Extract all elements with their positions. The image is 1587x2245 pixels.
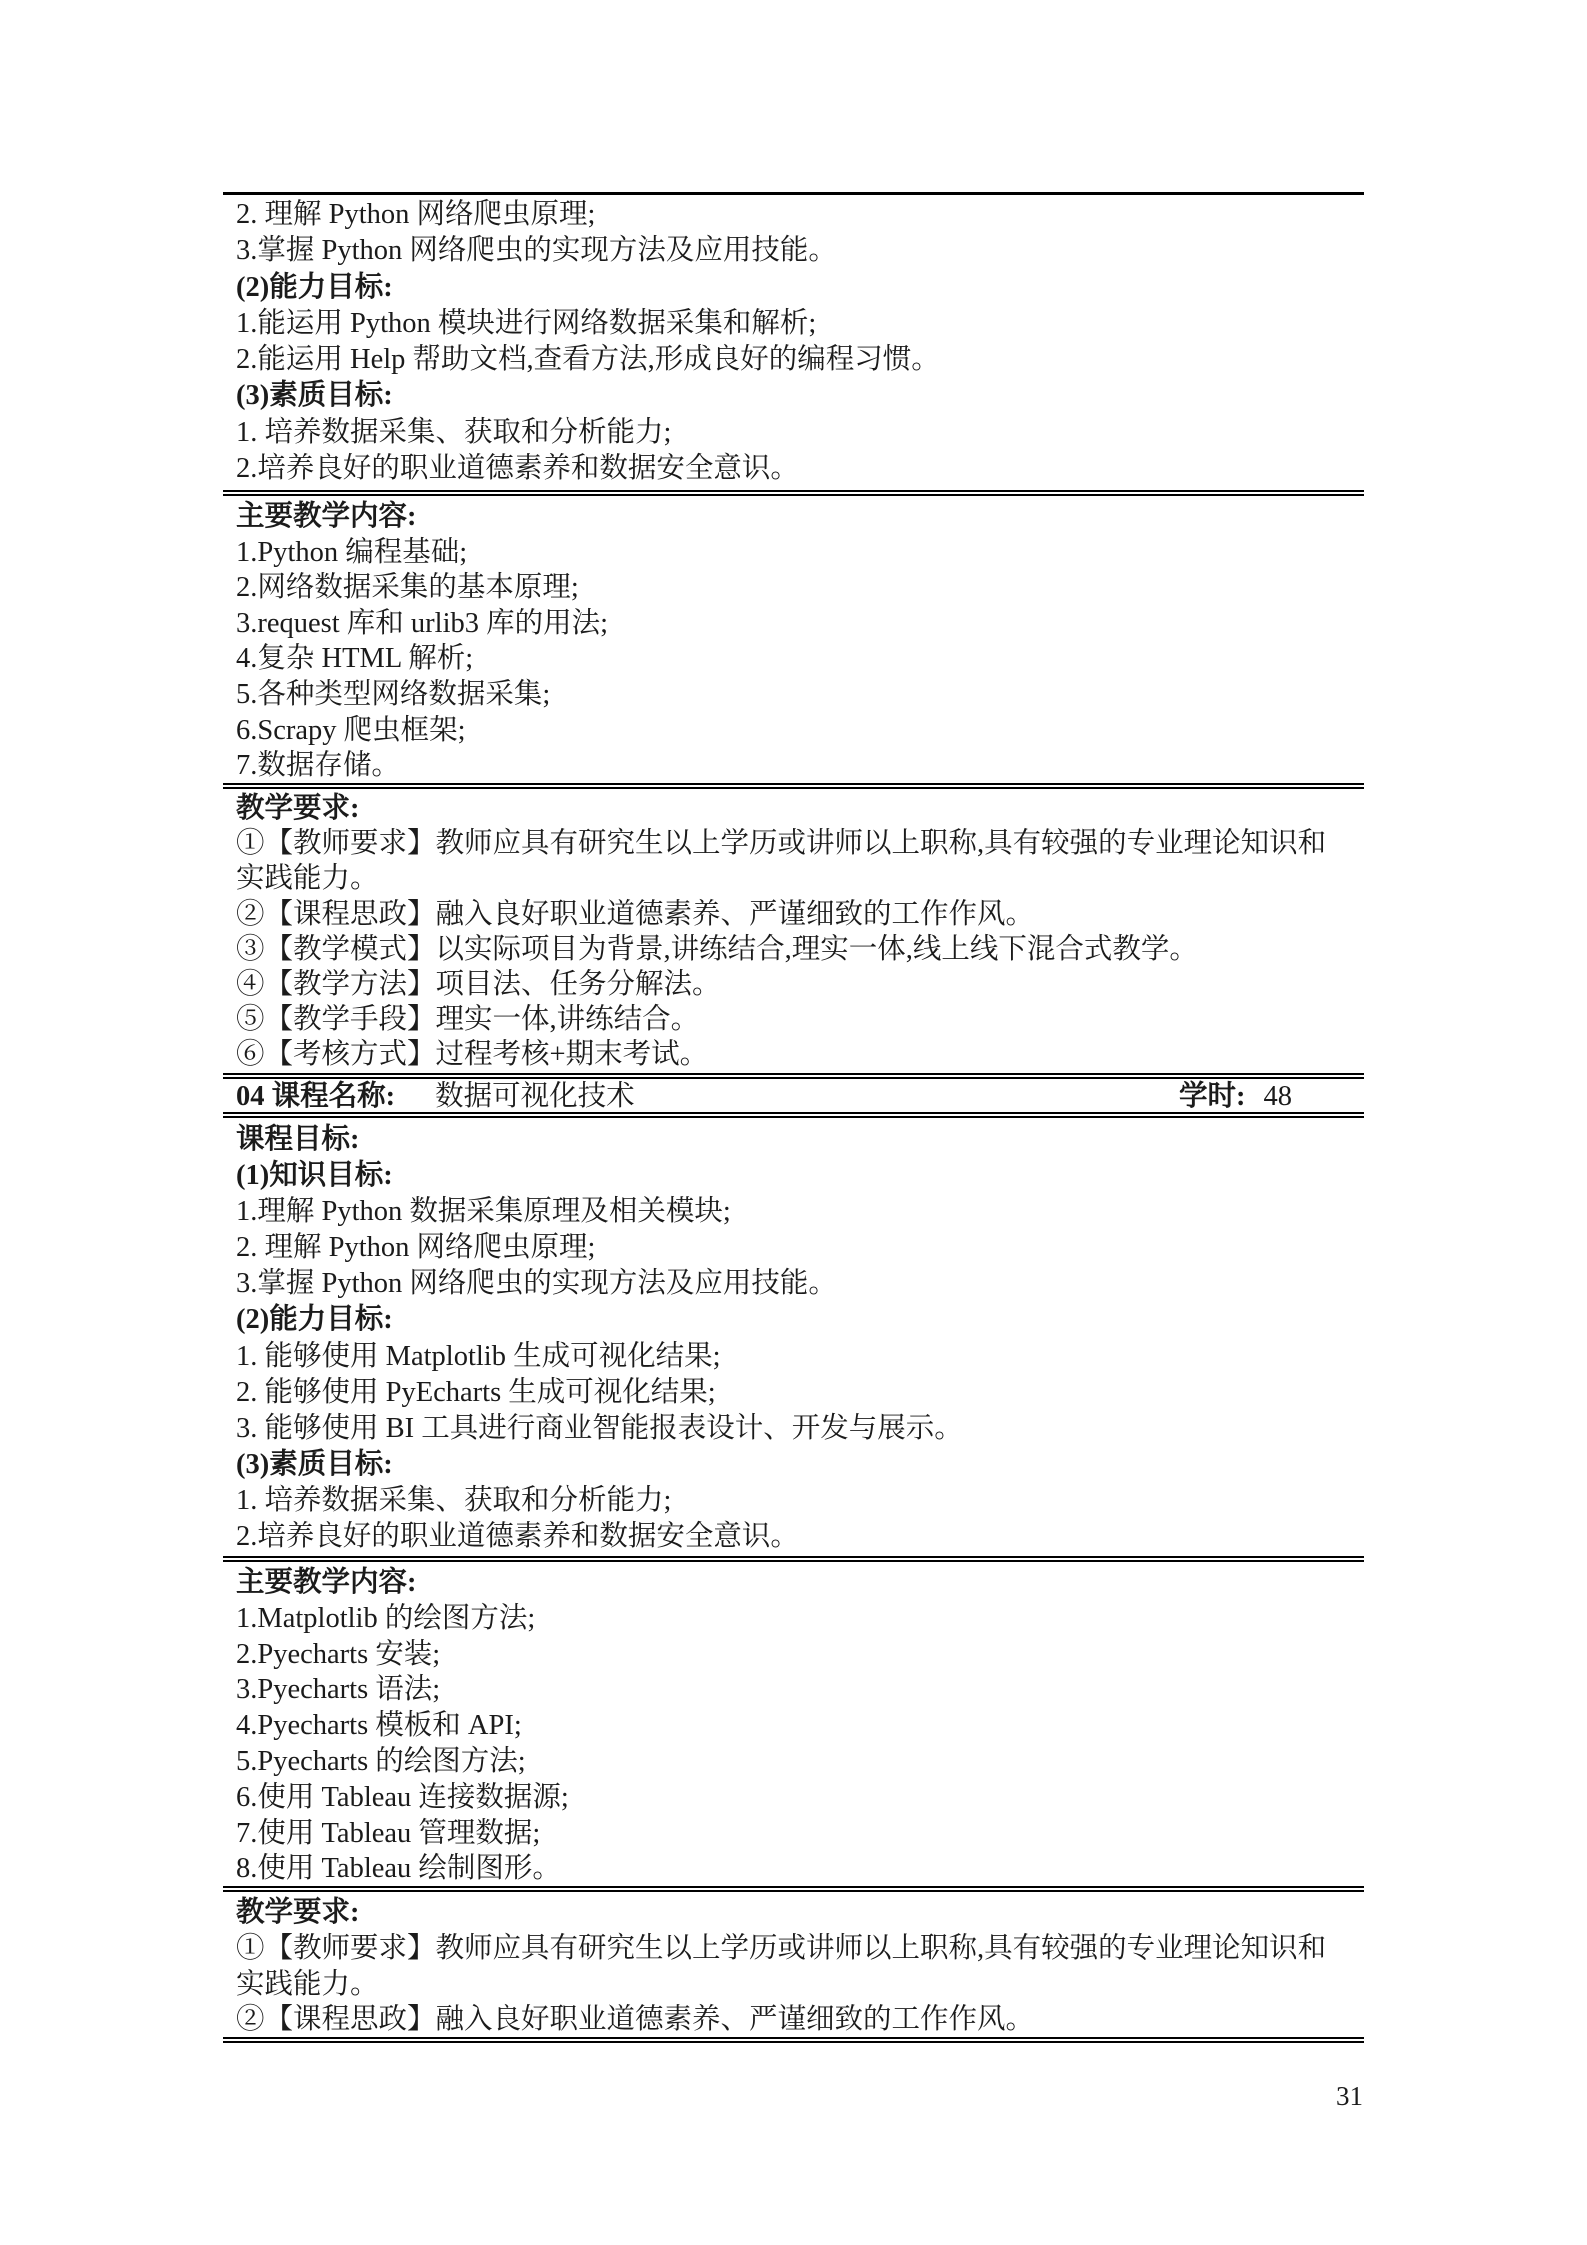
list-item: 4.Pyecharts 模板和 API;	[236, 1708, 1354, 1744]
text-line: 1.理解 Python 数据采集原理及相关模块;	[236, 1194, 1354, 1230]
section-heading: 教学要求:	[236, 791, 1354, 826]
list-item: 5.Pyecharts 的绘图方法;	[236, 1744, 1354, 1780]
text-line: 1. 培养数据采集、获取和分析能力;	[236, 1483, 1354, 1519]
list-item: 6.Scrapy 爬虫框架;	[236, 713, 1354, 749]
subheading-ability-goals: (2)能力目标:	[236, 1302, 1354, 1338]
text-line: 2.培养良好的职业道德素养和数据安全意识。	[236, 1519, 1354, 1555]
list-item: 7.使用 Tableau 管理数据;	[236, 1816, 1354, 1852]
hours-label: 学时:	[1179, 1081, 1246, 1112]
course-number-label: 04 课程名称:	[236, 1081, 395, 1112]
subheading-quality-goals: (3)素质目标:	[236, 378, 1354, 414]
section-course-objectives: 课程目标: (1)知识目标: 1.理解 Python 数据采集原理及相关模块; …	[223, 1118, 1364, 1556]
requirement-item: ⑥【考核方式】过程考核+期末考试。	[236, 1037, 1354, 1072]
subheading-quality-goals: (3)素质目标:	[236, 1447, 1354, 1483]
list-item: 4.复杂 HTML 解析;	[236, 641, 1354, 677]
requirement-item: ②【课程思政】融入良好职业道德素养、严谨细致的工作作风。	[236, 2002, 1354, 2038]
syllabus-table: 2. 理解 Python 网络爬虫原理; 3.掌握 Python 网络爬虫的实现…	[223, 192, 1364, 2043]
list-item: 5.各种类型网络数据采集;	[236, 677, 1354, 713]
section-teaching-requirements-2: 教学要求: ①【教师要求】教师应具有研究生以上学历或讲师以上职称,具有较强的专业…	[223, 1886, 1364, 2043]
list-item: 7.数据存储。	[236, 748, 1354, 783]
section-heading: 课程目标:	[236, 1122, 1354, 1158]
text-line: 1. 能够使用 Matplotlib 生成可视化结果;	[236, 1339, 1354, 1375]
list-item: 1.Matplotlib 的绘图方法;	[236, 1601, 1354, 1637]
course-name: 数据可视化技术	[435, 1081, 635, 1112]
list-item: 3.Pyecharts 语法;	[236, 1672, 1354, 1708]
text-line: 2.能运用 Help 帮助文档,查看方法,形成良好的编程习惯。	[236, 342, 1354, 378]
requirement-item: ①【教师要求】教师应具有研究生以上学历或讲师以上职称,具有较强的专业理论知识和实…	[236, 1931, 1354, 2003]
text-line: 3.掌握 Python 网络爬虫的实现方法及应用技能。	[236, 233, 1354, 269]
document-page: 2. 理解 Python 网络爬虫原理; 3.掌握 Python 网络爬虫的实现…	[0, 0, 1587, 2245]
requirement-item: ②【课程思政】融入良好职业道德素养、严谨细致的工作作风。	[236, 897, 1354, 932]
section-teaching-requirements: 教学要求: ①【教师要求】教师应具有研究生以上学历或讲师以上职称,具有较强的专业…	[223, 783, 1364, 1073]
course-hours: 学时: 48	[1179, 1081, 1292, 1112]
text-line: 2.培养良好的职业道德素养和数据安全意识。	[236, 451, 1354, 487]
section-heading: 主要教学内容:	[236, 1565, 1354, 1601]
text-line: 3.掌握 Python 网络爬虫的实现方法及应用技能。	[236, 1266, 1354, 1302]
requirement-item: ⑤【教学手段】理实一体,讲练结合。	[236, 1002, 1354, 1037]
subheading-ability-goals: (2)能力目标:	[236, 270, 1354, 306]
text-line: 1.能运用 Python 模块进行网络数据采集和解析;	[236, 306, 1354, 342]
text-line: 2. 理解 Python 网络爬虫原理;	[236, 1230, 1354, 1266]
hours-value: 48	[1264, 1081, 1293, 1112]
list-item: 2.网络数据采集的基本原理;	[236, 570, 1354, 606]
text-line: 3. 能够使用 BI 工具进行商业智能报表设计、开发与展示。	[236, 1411, 1354, 1447]
course-header-row: 04 课程名称: 数据可视化技术 学时: 48	[223, 1073, 1364, 1118]
list-item: 6.使用 Tableau 连接数据源;	[236, 1780, 1354, 1816]
page-number: 31	[1336, 2080, 1363, 2112]
text-line: 1. 培养数据采集、获取和分析能力;	[236, 415, 1354, 451]
requirement-item: ①【教师要求】教师应具有研究生以上学历或讲师以上职称,具有较强的专业理论知识和实…	[236, 826, 1354, 896]
subheading-knowledge-goals: (1)知识目标:	[236, 1158, 1354, 1194]
section-course-objectives-continued: 2. 理解 Python 网络爬虫原理; 3.掌握 Python 网络爬虫的实现…	[223, 192, 1364, 490]
section-teaching-content-2: 主要教学内容: 1.Matplotlib 的绘图方法; 2.Pyecharts …	[223, 1556, 1364, 1886]
list-item: 2.Pyecharts 安装;	[236, 1637, 1354, 1673]
list-item: 3.request 库和 urlib3 库的用法;	[236, 606, 1354, 642]
list-item: 8.使用 Tableau 绘制图形。	[236, 1851, 1354, 1886]
requirement-item: ④【教学方法】项目法、任务分解法。	[236, 967, 1354, 1002]
list-item: 1.Python 编程基础;	[236, 535, 1354, 571]
section-heading: 主要教学内容:	[236, 499, 1354, 535]
section-teaching-content: 主要教学内容: 1.Python 编程基础; 2.网络数据采集的基本原理; 3.…	[223, 490, 1364, 783]
text-line: 2. 能够使用 PyEcharts 生成可视化结果;	[236, 1375, 1354, 1411]
section-heading: 教学要求:	[236, 1895, 1354, 1931]
requirement-item: ③【教学模式】以实际项目为背景,讲练结合,理实一体,线上线下混合式教学。	[236, 932, 1354, 967]
text-line: 2. 理解 Python 网络爬虫原理;	[236, 197, 1354, 233]
